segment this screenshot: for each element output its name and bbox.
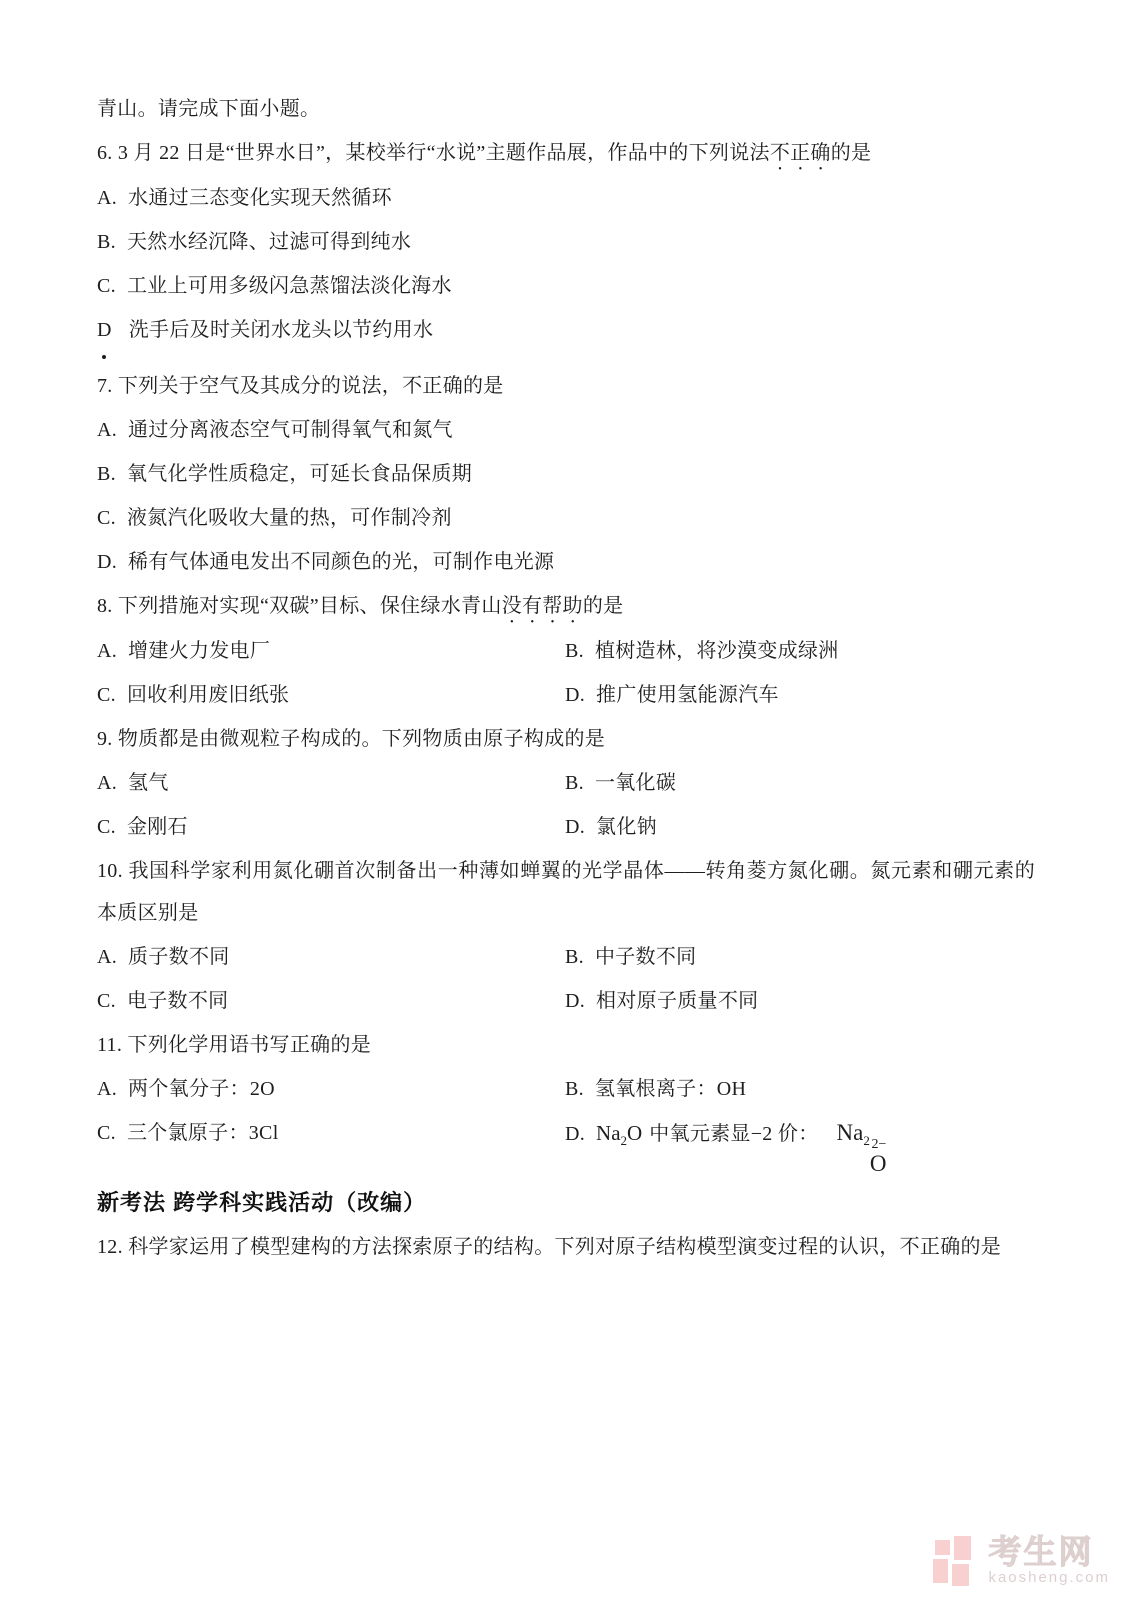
question-7-stem: 7. 下列关于空气及其成分的说法，不正确的是 xyxy=(97,365,1035,407)
question-12-stem: 12. 科学家运用了模型建构的方法探索原子的结构。下列对原子结构模型演变过程的认… xyxy=(97,1226,1035,1268)
valence-stack: 2−O xyxy=(870,1138,887,1176)
option-text: 中子数不同 xyxy=(595,946,697,968)
option-label: D. xyxy=(565,1123,585,1145)
question-8-options-row-2: C.回收利用废旧纸张 D.推广使用氢能源汽车 xyxy=(97,674,1035,716)
option-label: C. xyxy=(97,816,116,838)
chemical-formula-na2o-valence: Na22−O xyxy=(837,1120,887,1145)
question-9-option-c: C.金刚石 xyxy=(97,806,565,848)
option-label: A. xyxy=(97,419,117,441)
option-text: 工业上可用多级闪急蒸馏法淡化海水 xyxy=(127,275,452,297)
valence-superscript: 2− xyxy=(872,1138,887,1152)
option-label: C. xyxy=(97,1122,116,1144)
question-9-option-d: D.氯化钠 xyxy=(565,806,1035,848)
option-text: 相对原子质量不同 xyxy=(596,990,758,1012)
question-7-option-c: C.液氮汽化吸收大量的热，可作制冷剂 xyxy=(97,497,1035,539)
option-text: 天然水经沉降、过滤可得到纯水 xyxy=(127,231,411,253)
question-8-option-c: C.回收利用废旧纸张 xyxy=(97,674,565,716)
option-text: 水通过三态变化实现天然循环 xyxy=(128,187,392,209)
option-text: 植树造林，将沙漠变成绿洲 xyxy=(595,640,839,662)
option-label: C. xyxy=(97,684,116,706)
question-6-stem-text: 6. 3 月 22 日是“世界水日”，某校举行“水说”主题作品展，作品中的下列说… xyxy=(97,142,770,164)
option-text: 稀有气体通电发出不同颜色的光，可制作电光源 xyxy=(128,551,554,573)
question-11-stem: 11. 下列化学用语书写正确的是 xyxy=(97,1024,1035,1066)
option-text: 氯化钠 xyxy=(596,816,657,838)
formula-element: O xyxy=(627,1121,642,1145)
question-10-option-a: A.质子数不同 xyxy=(97,936,565,978)
watermark-site-url: kaosheng.com xyxy=(988,1569,1110,1586)
question-10-options-row-1: A.质子数不同 B.中子数不同 xyxy=(97,936,1035,978)
option-text: 电子数不同 xyxy=(127,990,229,1012)
question-8-stem-tail: 的是 xyxy=(583,595,624,617)
question-8-option-d: D.推广使用氢能源汽车 xyxy=(565,674,1035,716)
question-8-options-row-1: A.增建火力发电厂 B.植树造林，将沙漠变成绿洲 xyxy=(97,630,1035,672)
question-8: 8. 下列措施对实现“双碳”目标、保住绿水青山没有帮助的是 A.增建火力发电厂 … xyxy=(97,585,1035,716)
question-8-option-b: B.植树造林，将沙漠变成绿洲 xyxy=(565,630,1035,672)
question-8-stem-emphasis: 没有帮助 xyxy=(502,595,583,617)
option-label: C. xyxy=(97,990,116,1012)
intro-text: 青山。请完成下面小题。 xyxy=(97,88,1035,130)
question-6-option-b: B.天然水经沉降、过滤可得到纯水 xyxy=(97,221,1035,263)
option-label: B. xyxy=(565,946,584,968)
option-label: B. xyxy=(97,231,116,253)
watermark-text-block: 考生网 kaosheng.com xyxy=(988,1535,1110,1586)
option-text: 三个氯原子：3Cl xyxy=(127,1122,279,1144)
question-11-option-a: A.两个氧分子：2O xyxy=(97,1068,565,1110)
question-8-option-a: A.增建火力发电厂 xyxy=(97,630,565,672)
question-11-option-d: D.Na2O中氧元素显−2 价：Na22−O xyxy=(565,1112,1035,1176)
question-6-option-a: A.水通过三态变化实现天然循环 xyxy=(97,177,1035,219)
option-text: 液氮汽化吸收大量的热，可作制冷剂 xyxy=(127,507,452,529)
option-label: A. xyxy=(97,1078,117,1100)
question-10-options-row-2: C.电子数不同 D.相对原子质量不同 xyxy=(97,980,1035,1022)
question-7: 7. 下列关于空气及其成分的说法，不正确的是 A.通过分离液态空气可制得氧气和氮… xyxy=(97,365,1035,583)
question-7-option-a: A.通过分离液态空气可制得氧气和氮气 xyxy=(97,409,1035,451)
option-label: B. xyxy=(565,640,584,662)
option-label: D. xyxy=(565,990,585,1012)
option-label: A. xyxy=(97,640,117,662)
question-10-stem: 10. 我国科学家利用氮化硼首次制备出一种薄如蝉翼的光学晶体——转角菱方氮化硼。… xyxy=(97,850,1035,934)
chemical-formula-na2o: Na2O xyxy=(596,1121,642,1145)
question-10-option-b: B.中子数不同 xyxy=(565,936,1035,978)
question-10-option-d: D.相对原子质量不同 xyxy=(565,980,1035,1022)
question-6-option-c: C.工业上可用多级闪急蒸馏法淡化海水 xyxy=(97,265,1035,307)
option-label: C. xyxy=(97,275,116,297)
option-text: 推广使用氢能源汽车 xyxy=(596,684,779,706)
option-text: 增建火力发电厂 xyxy=(128,640,270,662)
watermark-site-name: 考生网 xyxy=(988,1535,1110,1568)
question-9-option-b: B.一氧化碳 xyxy=(565,762,1035,804)
question-9-options-row-2: C.金刚石 D.氯化钠 xyxy=(97,806,1035,848)
question-6-stem: 6. 3 月 22 日是“世界水日”，某校举行“水说”主题作品展，作品中的下列说… xyxy=(97,132,1035,175)
option-text: 洗手后及时关闭水龙头以节约用水 xyxy=(129,319,434,341)
question-10-option-c: C.电子数不同 xyxy=(97,980,565,1022)
formula-element: Na xyxy=(837,1120,864,1145)
option-label: A. xyxy=(97,772,117,794)
question-11-options-row-2: C.三个氯原子：3Cl D.Na2O中氧元素显−2 价：Na22−O xyxy=(97,1112,1035,1176)
question-11-option-c: C.三个氯原子：3Cl xyxy=(97,1112,565,1176)
option-text: 质子数不同 xyxy=(128,946,230,968)
option-label: D. xyxy=(565,816,585,838)
option-label: B. xyxy=(565,772,584,794)
question-9-stem: 9. 物质都是由微观粒子构成的。下列物质由原子构成的是 xyxy=(97,718,1035,760)
option-text: 中氧元素显−2 价： xyxy=(649,1123,818,1145)
option-text: 氢气 xyxy=(128,772,169,794)
kaosheng-watermark: 考生网 kaosheng.com xyxy=(933,1535,1110,1586)
option-text: 一氧化碳 xyxy=(595,772,676,794)
question-9-option-a: A.氢气 xyxy=(97,762,565,804)
option-text: 氢氧根离子：OH xyxy=(595,1078,746,1100)
question-8-stem: 8. 下列措施对实现“双碳”目标、保住绿水青山没有帮助的是 xyxy=(97,585,1035,628)
question-12: 12. 科学家运用了模型建构的方法探索原子的结构。下列对原子结构模型演变过程的认… xyxy=(97,1226,1035,1268)
option-label: D. xyxy=(97,551,117,573)
question-7-option-d: D.稀有气体通电发出不同颜色的光，可制作电光源 xyxy=(97,541,1035,583)
question-11-options-row-1: A.两个氧分子：2O B.氢氧根离子：OH xyxy=(97,1068,1035,1110)
question-6-option-d: D洗手后及时关闭水龙头以节约用水 xyxy=(97,309,1035,351)
section-heading: 新考法 跨学科实践活动（改编） xyxy=(97,1188,1035,1218)
question-10: 10. 我国科学家利用氮化硼首次制备出一种薄如蝉翼的光学晶体——转角菱方氮化硼。… xyxy=(97,850,1035,1022)
formula-element: Na xyxy=(596,1121,621,1145)
option-label: C. xyxy=(97,507,116,529)
option-text: 通过分离液态空气可制得氧气和氮气 xyxy=(128,419,453,441)
question-9-options-row-1: A.氢气 B.一氧化碳 xyxy=(97,762,1035,804)
option-label: D. xyxy=(565,684,585,706)
option-label: B. xyxy=(565,1078,584,1100)
option-label: A. xyxy=(97,946,117,968)
question-7-option-b: B.氧气化学性质稳定，可延长食品保质期 xyxy=(97,453,1035,495)
question-9: 9. 物质都是由微观粒子构成的。下列物质由原子构成的是 A.氢气 B.一氧化碳 … xyxy=(97,718,1035,848)
question-11: 11. 下列化学用语书写正确的是 A.两个氧分子：2O B.氢氧根离子：OH C… xyxy=(97,1024,1035,1176)
option-text: 金刚石 xyxy=(127,816,188,838)
option-label: B. xyxy=(97,463,116,485)
exam-document-page: 青山。请完成下面小题。 6. 3 月 22 日是“世界水日”，某校举行“水说”主… xyxy=(0,0,1131,1600)
option-label: A. xyxy=(97,187,117,209)
kaosheng-logo-icon xyxy=(933,1536,979,1586)
question-11-option-b: B.氢氧根离子：OH xyxy=(565,1068,1035,1110)
option-text: 氧气化学性质稳定，可延长食品保质期 xyxy=(127,463,472,485)
question-6-stem-tail: 的是 xyxy=(831,142,872,164)
option-text: 回收利用废旧纸张 xyxy=(127,684,289,706)
question-6: 6. 3 月 22 日是“世界水日”，某校举行“水说”主题作品展，作品中的下列说… xyxy=(97,132,1035,351)
option-text: 两个氧分子：2O xyxy=(128,1078,275,1100)
option-label: D xyxy=(97,309,112,351)
question-8-stem-text: 8. 下列措施对实现“双碳”目标、保住绿水青山 xyxy=(97,595,502,617)
question-6-stem-emphasis: 不正确 xyxy=(770,142,831,164)
formula-element: O xyxy=(870,1152,887,1176)
